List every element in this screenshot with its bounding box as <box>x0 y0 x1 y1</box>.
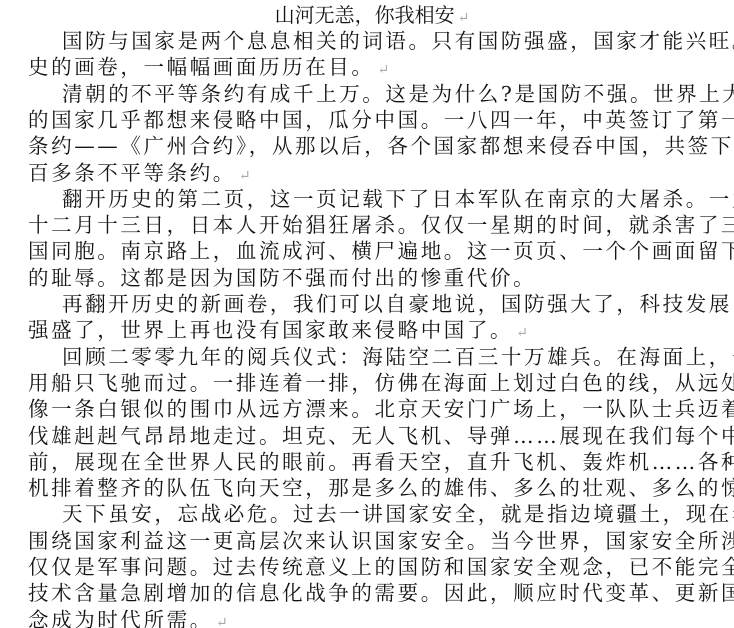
paragraph-3-line: 翻开历史的第二页，这一页记载下了日本军队在南京的大屠杀。一九三七年 <box>62 186 734 212</box>
line-text: 围绕国家利益这一更高层次来认识国家安全。当今世界，国家安全所涉及的并不 <box>28 529 734 553</box>
paragraph-mark-icon: ↵ <box>239 168 251 184</box>
paragraph-6-line: 天下虽安，忘战必危。过去一讲国家安全，就是指边境疆土，现在看，还要 <box>62 501 734 527</box>
paragraph-5-line: 机排着整齐的队伍飞向天空，那是多么的雄伟、多么的壮观、多么的惊天动地。 <box>28 475 734 501</box>
line-text: 用船只飞驰而过。一排连着一排，仿佛在海面上划过白色的线，从远处看去，好 <box>28 371 734 395</box>
line-text: 国防与国家是两个息息相关的词语。只有国防强盛，国家才能兴旺。翻开历 <box>62 29 734 53</box>
paragraph-5-line: 像一条白银似的围巾从远方漂来。北京天安门广场上，一队队士兵迈着整齐的步 <box>28 396 734 422</box>
paragraph-3-line: 的耻辱。这都是因为国防不强而付出的惨重代价。 <box>28 265 536 291</box>
line-text: 机排着整齐的队伍飞向天空，那是多么的雄伟、多么的壮观、多么的惊天动地。 <box>28 476 734 500</box>
line-text: 翻开历史的第二页，这一页记载下了日本军队在南京的大屠杀。一九三七年 <box>62 187 734 211</box>
paragraph-2-line: 条约——《广州合约》，从那以后，各个国家都想来侵吞中国，共签下了一千一 <box>28 133 734 159</box>
paragraph-2-line: 百多条不平等条约。↵ <box>28 160 251 186</box>
paragraph-1-line: 史的画卷，一幅幅画面历历在目。↵ <box>28 54 389 80</box>
line-text: 史的画卷，一幅幅画面历历在目。 <box>28 55 375 79</box>
line-text: 技术含量急剧增加的信息化战争的需要。因此，顺应时代变革、更新国家安全观 <box>28 581 734 605</box>
paragraph-3-line: 国同胞。南京路上，血流成河、横尸遍地。这一页页、一个个画面留下了中国人 <box>28 238 734 264</box>
line-text: 再翻开历史的新画卷，我们可以自豪地说，国防强大了，科技发展了，中国 <box>62 292 734 316</box>
paragraph-2-line: 的国家几乎都想来侵略中国，瓜分中国。一八四一年，中英签订了第一个不平等 <box>28 107 734 133</box>
line-text: 天下虽安，忘战必危。过去一讲国家安全，就是指边境疆土，现在看，还要 <box>62 502 734 526</box>
line-text: 前，展现在全世界人民的眼前。再看天空，直升飞机、轰炸机……各种各样的飞 <box>28 450 734 474</box>
line-text: 强盛了，世界上再也没有国家敢来侵略中国了。 <box>28 318 513 342</box>
line-text: 念成为时代所需。 <box>28 608 213 628</box>
paragraph-6-line: 技术含量急剧增加的信息化战争的需要。因此，顺应时代变革、更新国家安全观 <box>28 580 734 606</box>
title-text: 山河无恙，你我相安 <box>275 3 455 27</box>
document-title: 山河无恙，你我相安↵ <box>0 2 734 28</box>
line-text: 清朝的不平等条约有成千上万。这是为什么?是国防不强。世界上大大小小 <box>62 82 734 106</box>
paragraph-6-line: 念成为时代所需。↵ <box>28 607 228 628</box>
paragraph-6-line: 仅仅是军事问题。过去传统意义上的国防和国家安全观念，已不能完全满足科学 <box>28 554 734 580</box>
document-page: 山河无恙，你我相安↵ 国防与国家是两个息息相关的词语。只有国防强盛，国家才能兴旺… <box>0 0 734 628</box>
line-text: 条约——《广州合约》，从那以后，各个国家都想来侵吞中国，共签下了一千一 <box>28 134 734 158</box>
paragraph-4-line: 强盛了，世界上再也没有国家敢来侵略中国了。↵ <box>28 317 528 343</box>
paragraph-4-line: 再翻开历史的新画卷，我们可以自豪地说，国防强大了，科技发展了，中国 <box>62 291 734 317</box>
paragraph-5-line: 前，展现在全世界人民的眼前。再看天空，直升飞机、轰炸机……各种各样的飞 <box>28 449 734 475</box>
line-text: 百多条不平等条约。 <box>28 161 236 185</box>
paragraph-2-line: 清朝的不平等条约有成千上万。这是为什么?是国防不强。世界上大大小小 <box>62 81 734 107</box>
paragraph-6-line: 围绕国家利益这一更高层次来认识国家安全。当今世界，国家安全所涉及的并不 <box>28 528 734 554</box>
paragraph-5-line: 回顾二零零九年的阅兵仪式：海陆空二百三十万雄兵。在海面上，一艘艘军 <box>62 344 734 370</box>
line-text: 仅仅是军事问题。过去传统意义上的国防和国家安全观念，已不能完全满足科学 <box>28 555 734 579</box>
paragraph-5-line: 伐雄赳赳气昂昂地走过。坦克、无人飞机、导弹……展现在我们每个中国人的眼 <box>28 423 734 449</box>
paragraph-5-line: 用船只飞驰而过。一排连着一排，仿佛在海面上划过白色的线，从远处看去，好 <box>28 370 734 396</box>
line-text: 伐雄赳赳气昂昂地走过。坦克、无人飞机、导弹……展现在我们每个中国人的眼 <box>28 424 734 448</box>
paragraph-mark-icon: ↵ <box>378 62 390 78</box>
line-text: 像一条白银似的围巾从远方漂来。北京天安门广场上，一队队士兵迈着整齐的步 <box>28 397 734 421</box>
paragraph-3-line: 十二月十三日，日本人开始猖狂屠杀。仅仅一星期的时间，就杀害了三十多万中 <box>28 212 734 238</box>
paragraph-mark-icon: ↵ <box>216 615 228 628</box>
line-text: 国同胞。南京路上，血流成河、横尸遍地。这一页页、一个个画面留下了中国人 <box>28 239 734 263</box>
line-text: 的国家几乎都想来侵略中国，瓜分中国。一八四一年，中英签订了第一个不平等 <box>28 108 734 132</box>
line-text: 十二月十三日，日本人开始猖狂屠杀。仅仅一星期的时间，就杀害了三十多万中 <box>28 213 734 237</box>
paragraph-mark-icon: ↵ <box>516 325 528 341</box>
paragraph-1-line: 国防与国家是两个息息相关的词语。只有国防强盛，国家才能兴旺。翻开历 <box>62 28 734 54</box>
line-text: 的耻辱。这都是因为国防不强而付出的惨重代价。 <box>28 266 536 290</box>
paragraph-mark-icon: ↵ <box>458 10 470 26</box>
line-text: 回顾二零零九年的阅兵仪式：海陆空二百三十万雄兵。在海面上，一艘艘军 <box>62 345 734 369</box>
